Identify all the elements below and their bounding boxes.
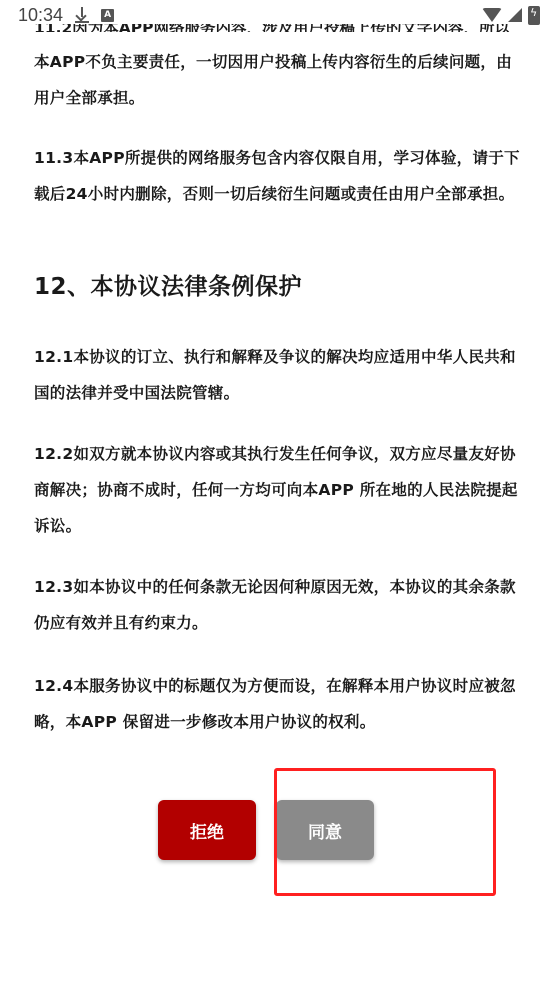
paragraph-11-3: 11.3本APP所提供的网络服务包含内容仅限自用，学习体验，请于下载后24小时内… [34,140,524,212]
status-bar: 10:34 A [0,0,554,30]
signal-icon [508,8,522,22]
paragraph-11-2-tail: 本APP不负主要责任，一切因用户投稿上传内容衍生的后续问题，由用户全部承担。 [34,44,524,116]
action-buttons: 拒绝 同意 [158,800,374,860]
reject-button[interactable]: 拒绝 [158,800,256,860]
status-time: 10:34 [18,5,63,26]
a-notification-icon: A [101,9,114,22]
paragraph-12-2: 12.2如双方就本协议内容或其执行发生任何争议，双方应尽量友好协商解决；协商不成… [34,436,524,544]
paragraph-12-3: 12.3如本协议中的任何条款无论因何种原因无效，本协议的其余条款仍应有效并且有约… [34,569,524,641]
status-left: 10:34 A [18,5,114,26]
paragraph-12-4: 12.4本服务协议中的标题仅为方便而设，在解释本用户协议时应被忽略，本APP 保… [34,668,524,740]
paragraph-12-1: 12.1本协议的订立、执行和解释及争议的解决均应适用中华人民共和国的法律并受中国… [34,339,524,411]
wifi-icon [482,8,502,22]
agree-button[interactable]: 同意 [276,800,374,860]
battery-charging-icon [528,6,540,25]
section-12-title: 12、本协议法律条例保护 [34,268,524,301]
download-icon [75,7,89,23]
status-right [482,6,540,25]
